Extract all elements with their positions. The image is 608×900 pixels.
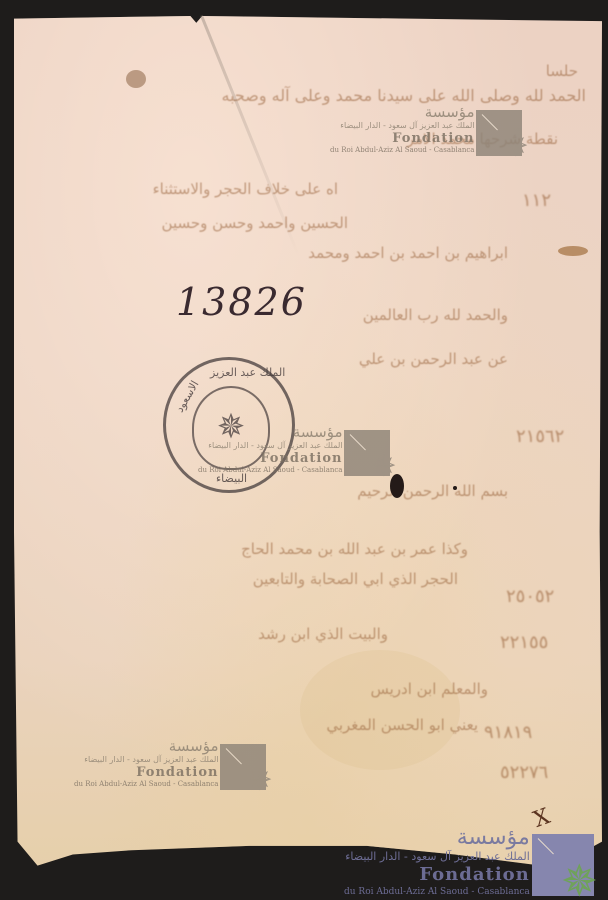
text-line: ابراهيم بن احمد بن احمد ومحمد: [308, 244, 508, 262]
text-line: حلسا: [546, 62, 578, 80]
marginal-number: ٢٥٠٥٢: [506, 586, 554, 607]
watermark-french-title: Fondation: [74, 765, 218, 780]
marginal-number: ٩١٨١٩: [484, 722, 532, 743]
foundation-logo-icon: ✵: [532, 834, 594, 896]
foundation-logo-icon: ✵: [220, 744, 266, 790]
watermark-arabic-title: مؤسسة: [344, 826, 530, 850]
watermark-arabic-title: مؤسسة: [74, 738, 218, 754]
foundation-watermark: مؤسسة الملك عبد العزيز آل سعود - الدار ا…: [330, 104, 522, 156]
marginal-number: ١١٢: [522, 190, 551, 211]
watermark-french-subtitle: du Roi Abdul-Aziz Al Saoud - Casablanca: [330, 146, 474, 155]
watermark-french-subtitle: du Roi Abdul-Aziz Al Saoud - Casablanca: [198, 466, 342, 475]
text-line: اه على خلاف الحجر والاستثناء: [153, 180, 338, 198]
text-line: بسم الله الرحمن الرحيم: [357, 482, 508, 500]
watermark-text: مؤسسة الملك عبد العزيز آل سعود - الدار ا…: [344, 826, 530, 898]
text-line: والمعلم ابن ادريس: [370, 680, 488, 698]
watermark-arabic-title: مؤسسة: [198, 424, 342, 440]
watermark-arabic-title: مؤسسة: [330, 104, 474, 120]
text-line: والبيت الذي ابن رشد: [258, 625, 388, 643]
watermark-arabic-subtitle: الملك عبد العزيز آل سعود - الدار البيضاء: [330, 120, 474, 131]
text-line: وكذا عمر بن عبد الله بن محمد الحاج: [241, 540, 468, 558]
text-line: الحسين واحمد وحسن وحسين: [162, 214, 348, 232]
marginal-number: ٢٢١٥٥: [500, 632, 548, 653]
text-line: يعني ابو الحسن المغربي: [326, 716, 478, 734]
watermark-french-title: Fondation: [330, 131, 474, 146]
foundation-logo-icon: ✵: [344, 430, 390, 476]
text-line: والحمد لله رب العالمين: [363, 306, 508, 324]
marginal-number: ٢١٥٦٢: [516, 426, 564, 447]
watermark-text: مؤسسة الملك عبد العزيز آل سعود - الدار ا…: [330, 104, 474, 155]
watermark-french-title: Fondation: [198, 451, 342, 466]
watermark-arabic-subtitle: الملك عبد العزيز آل سعود - الدار البيضاء: [74, 754, 218, 765]
text-line: الحمد لله وصلى الله على سيدنا محمد وعلى …: [222, 86, 587, 105]
marginal-number: ٥٢٢٧٦: [500, 762, 548, 783]
watermark-arabic-subtitle: الملك عبد العزيز آل سعود - الدار البيضاء: [344, 850, 530, 864]
stain: [558, 246, 588, 256]
watermark-text: مؤسسة الملك عبد العزيز آل سعود - الدار ا…: [198, 424, 342, 475]
stamp-text-top: الملك عبد العزيز: [210, 366, 285, 379]
foundation-logo-icon: ✵: [476, 110, 522, 156]
watermark-text: مؤسسة الملك عبد العزيز آل سعود - الدار ا…: [74, 738, 218, 789]
watermark-french-subtitle: du Roi Abdul-Aziz Al Saoud - Casablanca: [344, 886, 530, 898]
watermark-french-subtitle: du Roi Abdul-Aziz Al Saoud - Casablanca: [74, 780, 218, 789]
watermark-french-title: Fondation: [344, 864, 530, 886]
ink-dot: [453, 486, 457, 490]
stain: [300, 650, 460, 770]
text-line: الحجر الذي ابي الصحابة والتابعين: [253, 570, 458, 588]
text-line: عن عبد الرحمن بن علي: [359, 350, 508, 368]
foundation-watermark: مؤسسة الملك عبد العزيز آل سعود - الدار ا…: [74, 738, 266, 790]
foundation-watermark-main: مؤسسة الملك عبد العزيز آل سعود - الدار ا…: [344, 826, 594, 898]
foundation-watermark: مؤسسة الملك عبد العزيز آل سعود - الدار ا…: [198, 424, 390, 476]
stain: [126, 70, 146, 88]
watermark-arabic-subtitle: الملك عبد العزيز آل سعود - الدار البيضاء: [198, 440, 342, 451]
catalog-number: 13826: [176, 280, 307, 324]
